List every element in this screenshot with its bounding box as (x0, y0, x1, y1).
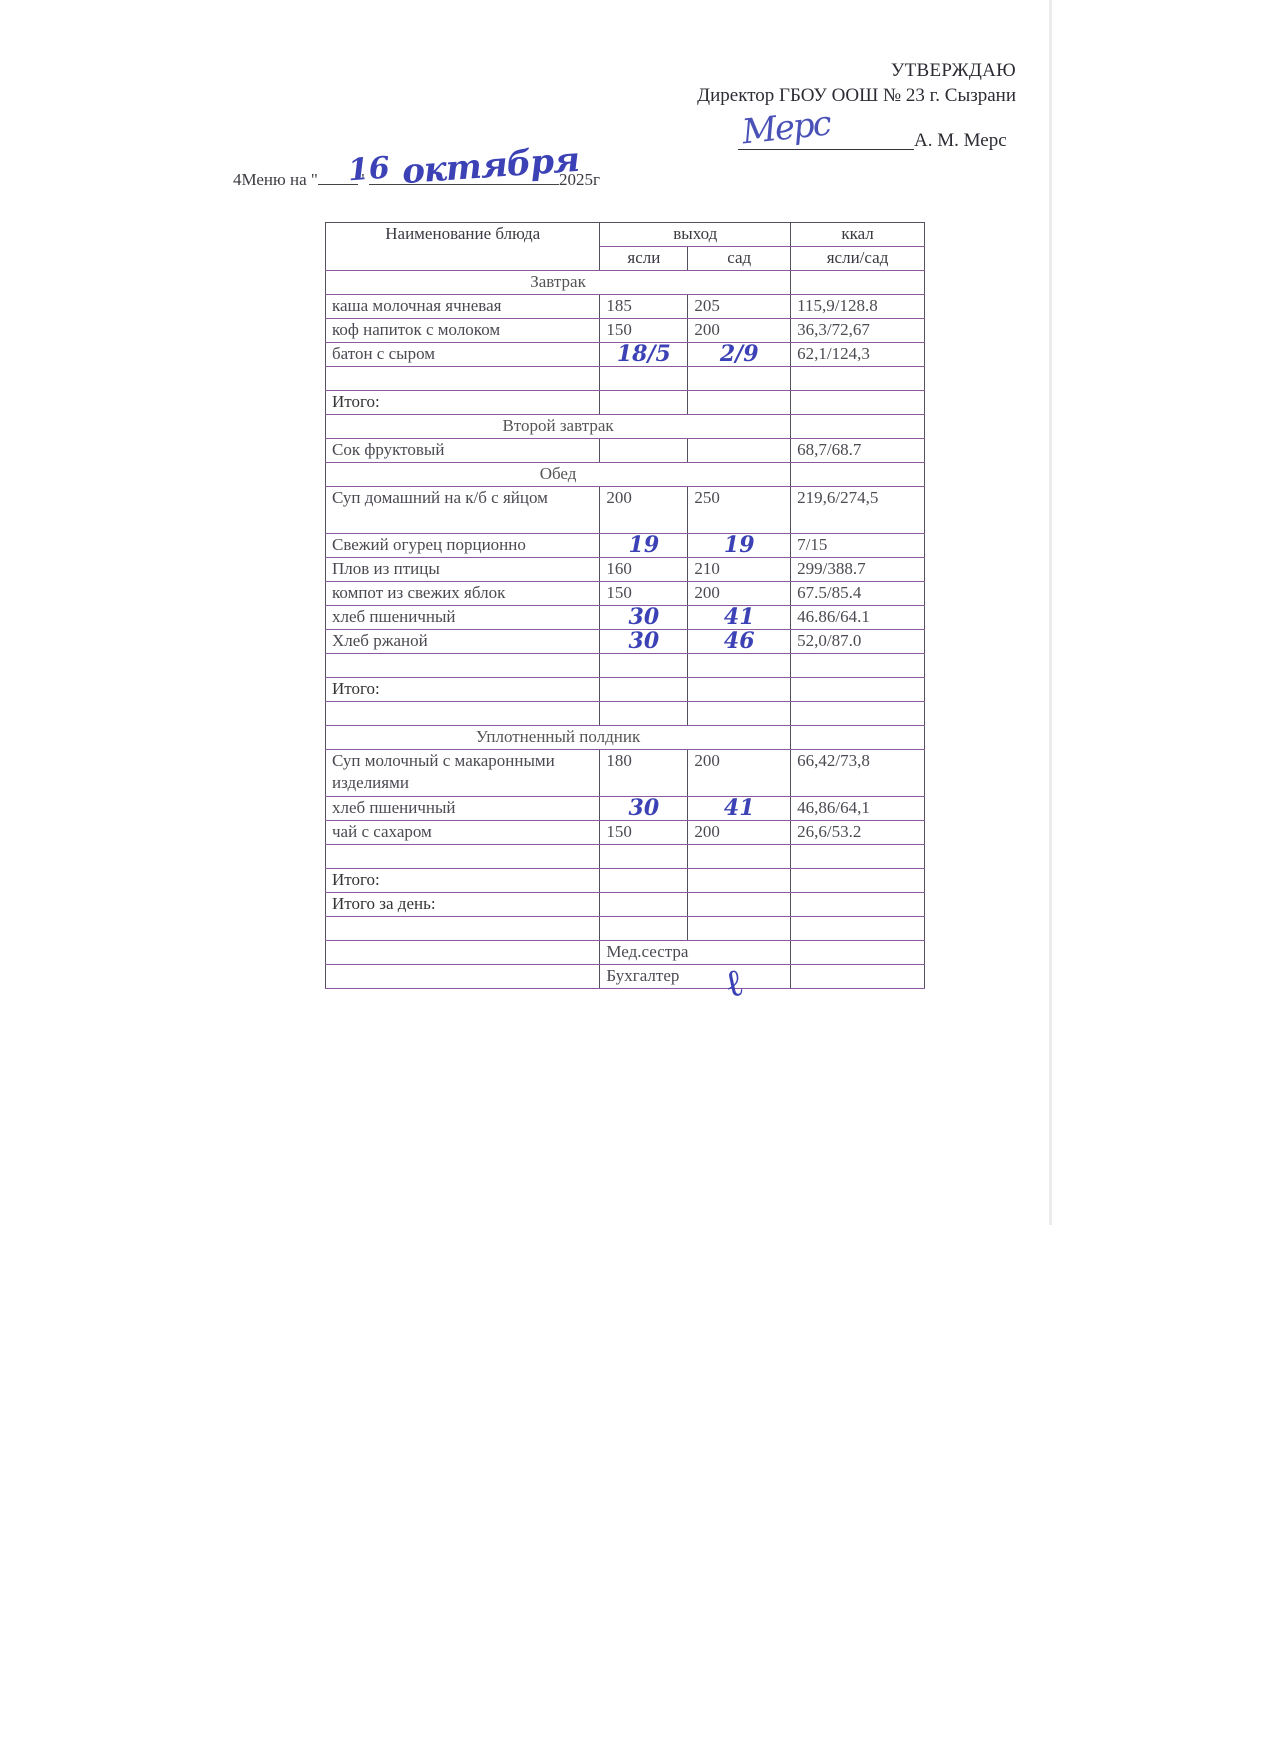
output-garden: 200 (688, 582, 791, 606)
nurse-signature-row: Мед.сестра (326, 941, 925, 965)
dish-name: батон с сыром (326, 343, 600, 367)
menu-table: Наименование блюда выход ккал ясли сад я… (325, 222, 925, 989)
blank-row (326, 654, 925, 678)
dish-name: Сок фруктовый (326, 439, 600, 463)
empty-cell (688, 893, 791, 917)
empty-cell (791, 678, 925, 702)
day-total-label: Итого за день: (326, 893, 600, 917)
table-row: батон с сыром18/52/962,1/124,3 (326, 343, 925, 367)
table-row: коф напиток с молоком15020036,3/72,67 (326, 319, 925, 343)
table-row: хлеб пшеничный304146,86/64,1 (326, 797, 925, 821)
output-nursery: 30 (600, 797, 688, 821)
output-nursery (600, 439, 688, 463)
empty-cell (688, 367, 791, 391)
empty-cell (326, 917, 600, 941)
output-garden: 250 (688, 487, 791, 534)
empty-cell (791, 415, 925, 439)
header-kcal-sub: ясли/сад (791, 247, 925, 271)
output-garden (688, 439, 791, 463)
output-nursery: 30 (600, 606, 688, 630)
kcal-value: 219,6/274,5 (791, 487, 925, 534)
empty-cell (688, 917, 791, 941)
header-kcal: ккал (791, 223, 925, 247)
output-garden: 19 (688, 534, 791, 558)
accountant-signature-row: Бухгалтер (326, 965, 925, 989)
output-garden: 41 (688, 797, 791, 821)
section-row: Уплотненный полдник (326, 726, 925, 750)
dish-name: хлеб пшеничный (326, 606, 600, 630)
empty-cell (791, 869, 925, 893)
output-nursery: 18/5 (600, 343, 688, 367)
dish-name: коф напиток с молоком (326, 319, 600, 343)
menu-prefix: 4Меню на " (233, 170, 318, 189)
output-garden: 200 (688, 821, 791, 845)
section-title: Обед (326, 463, 791, 487)
empty-cell (791, 463, 925, 487)
empty-cell (791, 917, 925, 941)
empty-cell (791, 845, 925, 869)
blank-row (326, 845, 925, 869)
output-garden: 210 (688, 558, 791, 582)
output-nursery: 180 (600, 750, 688, 797)
empty-cell (791, 271, 925, 295)
output-garden: 200 (688, 319, 791, 343)
director-name: А. М. Мерс (914, 130, 1007, 152)
empty-cell (791, 893, 925, 917)
empty-cell (600, 917, 688, 941)
output-garden: 205 (688, 295, 791, 319)
table-row: Суп домашний на к/б с яйцом200250219,6/2… (326, 487, 925, 534)
empty-cell (600, 654, 688, 678)
table-row: Суп молочный с макаронными изделиями1802… (326, 750, 925, 797)
kcal-value: 46,86/64,1 (791, 797, 925, 821)
signature-label: Мед.сестра (600, 941, 791, 965)
dish-name: Суп домашний на к/б с яйцом (326, 487, 600, 534)
empty-cell (791, 654, 925, 678)
header-garden: сад (688, 247, 791, 271)
empty-cell (791, 941, 925, 965)
empty-cell (600, 391, 688, 415)
kcal-value: 115,9/128.8 (791, 295, 925, 319)
empty-cell (791, 367, 925, 391)
table-row: хлеб пшеничный304146.86/64.1 (326, 606, 925, 630)
day-total-row: Итого за день: (326, 893, 925, 917)
dish-name: хлеб пшеничный (326, 797, 600, 821)
empty-cell (326, 941, 600, 965)
section-title: Второй завтрак (326, 415, 791, 439)
dish-name: компот из свежих яблок (326, 582, 600, 606)
empty-cell (688, 845, 791, 869)
empty-cell (791, 726, 925, 750)
output-nursery: 150 (600, 821, 688, 845)
director-signature: Мерс (740, 104, 831, 153)
output-garden: 2/9 (688, 343, 791, 367)
handwritten-day: 16 (347, 151, 391, 189)
total-label: Итого: (326, 869, 600, 893)
kcal-value: 299/388.7 (791, 558, 925, 582)
empty-cell (326, 367, 600, 391)
empty-cell (791, 965, 925, 989)
empty-cell (688, 869, 791, 893)
empty-cell (600, 678, 688, 702)
empty-cell (688, 702, 791, 726)
header-output: выход (600, 223, 791, 247)
scan-page-edge (1049, 0, 1052, 1225)
kcal-value: 62,1/124,3 (791, 343, 925, 367)
output-nursery: 160 (600, 558, 688, 582)
section-row: Обед (326, 463, 925, 487)
kcal-value: 66,42/73,8 (791, 750, 925, 797)
output-nursery: 200 (600, 487, 688, 534)
approval-block: УТВЕРЖДАЮ Директор ГБОУ ООШ № 23 г. Сызр… (697, 58, 1016, 108)
section-row: Второй завтрак (326, 415, 925, 439)
output-garden: 46 (688, 630, 791, 654)
dish-name: Суп молочный с макаронными изделиями (326, 750, 600, 797)
header-nursery: ясли (600, 247, 688, 271)
signature-line (738, 148, 914, 150)
total-row: Итого: (326, 391, 925, 415)
empty-cell (688, 678, 791, 702)
empty-cell (688, 654, 791, 678)
header-dish: Наименование блюда (326, 223, 600, 271)
empty-cell (326, 702, 600, 726)
empty-cell (600, 845, 688, 869)
section-title: Завтрак (326, 271, 791, 295)
empty-cell (791, 391, 925, 415)
table-row: Свежий огурец порционно19197/15 (326, 534, 925, 558)
kcal-value: 52,0/87.0 (791, 630, 925, 654)
total-row: Итого: (326, 869, 925, 893)
dish-name: каша молочная ячневая (326, 295, 600, 319)
empty-cell (600, 367, 688, 391)
approval-position: Директор ГБОУ ООШ № 23 г. Сызрани (697, 83, 1016, 108)
table-row: Плов из птицы160210299/388.7 (326, 558, 925, 582)
kcal-value: 36,3/72,67 (791, 319, 925, 343)
approval-title: УТВЕРЖДАЮ (697, 58, 1016, 83)
section-title: Уплотненный полдник (326, 726, 791, 750)
empty-cell (600, 702, 688, 726)
empty-cell (326, 654, 600, 678)
table-row: компот из свежих яблок15020067.5/85.4 (326, 582, 925, 606)
table-row: каша молочная ячневая185205115,9/128.8 (326, 295, 925, 319)
blank-row (326, 367, 925, 391)
output-nursery: 19 (600, 534, 688, 558)
output-garden: 41 (688, 606, 791, 630)
kcal-value: 26,6/53.2 (791, 821, 925, 845)
kcal-value: 7/15 (791, 534, 925, 558)
kcal-value: 68,7/68.7 (791, 439, 925, 463)
empty-cell (326, 845, 600, 869)
empty-cell (600, 893, 688, 917)
dish-name: Свежий огурец порционно (326, 534, 600, 558)
empty-cell (600, 869, 688, 893)
output-nursery: 30 (600, 630, 688, 654)
dish-name: чай с сахаром (326, 821, 600, 845)
empty-cell (791, 702, 925, 726)
table-row: Сок фруктовый68,7/68.7 (326, 439, 925, 463)
total-row: Итого: (326, 678, 925, 702)
kcal-value: 67.5/85.4 (791, 582, 925, 606)
blank-row (326, 917, 925, 941)
total-label: Итого: (326, 678, 600, 702)
blank-row (326, 702, 925, 726)
kcal-value: 46.86/64.1 (791, 606, 925, 630)
output-nursery: 185 (600, 295, 688, 319)
signature-label: Бухгалтер (600, 965, 791, 989)
table-header-row: Наименование блюда выход ккал (326, 223, 925, 247)
table-row: Хлеб ржаной304652,0/87.0 (326, 630, 925, 654)
total-label: Итого: (326, 391, 600, 415)
table-row: чай с сахаром15020026,6/53.2 (326, 821, 925, 845)
output-nursery: 150 (600, 319, 688, 343)
output-nursery: 150 (600, 582, 688, 606)
empty-cell (326, 965, 600, 989)
output-garden: 200 (688, 750, 791, 797)
empty-cell (688, 391, 791, 415)
dish-name: Хлеб ржаной (326, 630, 600, 654)
dish-name: Плов из птицы (326, 558, 600, 582)
section-row: Завтрак (326, 271, 925, 295)
